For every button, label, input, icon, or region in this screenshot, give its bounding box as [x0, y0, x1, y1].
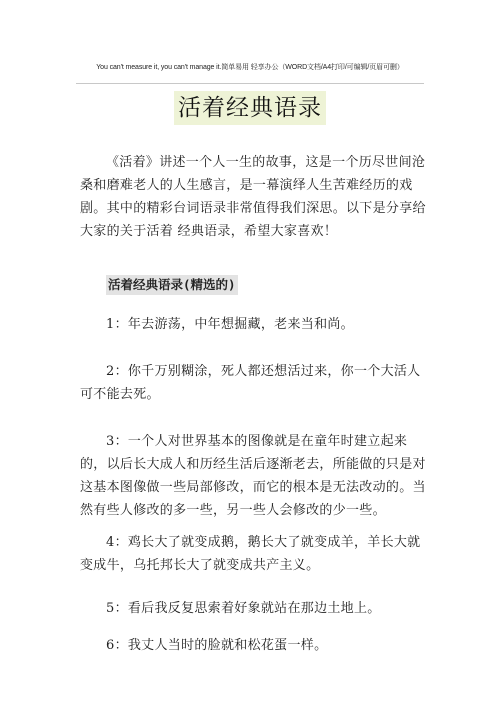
quote-item-4: 4：鸡长大了就变成鹅，鹅长大了就变成羊，羊长大就变成牛，乌托邦长大了就变成共产主… [80, 531, 426, 577]
quote-item-1: 1：年去游荡，中年想掘藏，老来当和尚。 [80, 313, 426, 336]
document-page: You can't measure it, you can't manage i… [0, 0, 500, 708]
quote-item-6: 6：我丈人当时的脸就和松花蛋一样。 [80, 634, 426, 657]
header-divider [76, 83, 424, 84]
quote-item-3: 3：一个人对世界基本的图像就是在童年时建立起来的，以后长大成人和历经生活后逐渐老… [80, 430, 426, 522]
quote-item-5: 5：看后我反复思索着好象就站在那边土地上。 [80, 597, 426, 620]
quote-item-2: 2：你千万别糊涂，死人都还想活过来，你一个大活人可不能去死。 [80, 360, 426, 406]
page-header: You can't measure it, you can't manage i… [76, 62, 424, 72]
intro-paragraph: 《活着》讲述一个人一生的故事，这是一个历尽世间沧桑和磨难老人的人生感言，是一幕演… [80, 151, 426, 243]
section-heading: 活着经典语录(精选的) [106, 275, 238, 295]
document-title: 活着经典语录 [174, 91, 326, 125]
title-container: 活着经典语录 [0, 91, 500, 125]
